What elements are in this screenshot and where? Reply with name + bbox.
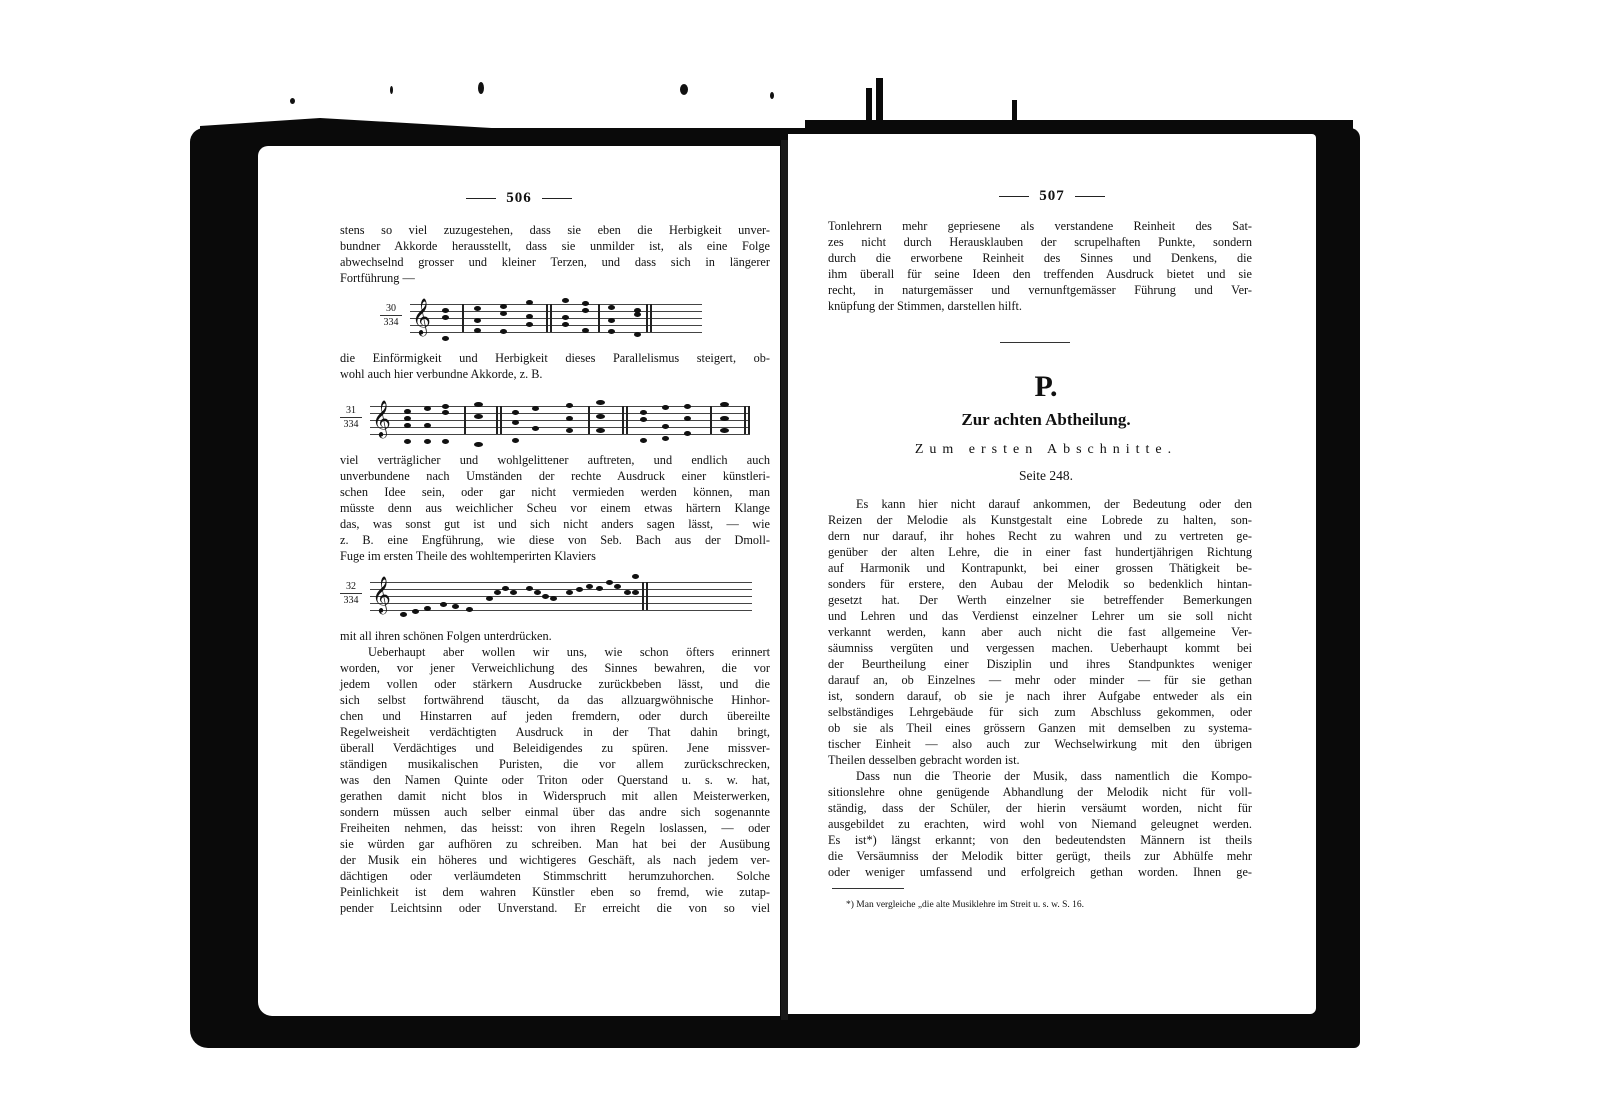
text-line: Fortführung — xyxy=(340,270,770,286)
text-line: z. B. eine Engführung, wie diese von Seb… xyxy=(340,532,770,548)
text-line: gesetzt hat. Der Werth einzelner sie bet… xyxy=(828,592,1252,608)
text-line: Freiheiten nehmen, das heisst: von ihren… xyxy=(340,820,770,836)
text-line: Regelweisheit verdächtigten Ausdruck in … xyxy=(340,724,770,740)
scan-artifact xyxy=(478,82,484,94)
text-line: das, was sonst gut ist und sich nicht an… xyxy=(340,516,770,532)
left-paragraph-2: die Einförmigkeit und Herbigkeit dieses … xyxy=(340,350,770,382)
music-example-31: 31 334 𝄞 xyxy=(340,400,750,444)
left-paragraph-4: mit all ihren schönen Folgen unterdrücke… xyxy=(340,628,770,916)
text-line: Peinlichkeit ist dem wahren Künstler ebe… xyxy=(340,884,770,900)
text-line: viel verträglicher und wohlgelittener au… xyxy=(340,452,770,468)
text-line: ist, sondern darauf, ob sie je nach ihre… xyxy=(828,688,1252,704)
scan-artifact xyxy=(390,86,393,94)
text-line: überall Verdächtiges und Beleidigendes z… xyxy=(340,740,770,756)
text-line: mit all ihren schönen Folgen unterdrücke… xyxy=(340,628,770,644)
scan-artifact xyxy=(680,84,688,95)
text-line: unverbundene nach Umständen der rechte A… xyxy=(340,468,770,484)
scan-artifact xyxy=(770,92,774,99)
music-example-32: 32 334 𝄞 xyxy=(340,576,752,620)
text-line: dächtigen oder verläumdeten Stimmschritt… xyxy=(340,868,770,884)
text-line: Dass nun die Theorie der Musik, dass nam… xyxy=(828,768,1252,784)
text-line: ausgebildet zu erachten, wird wohl von N… xyxy=(828,816,1252,832)
text-line: ständigen musikalischen Puristen, die vo… xyxy=(340,756,770,772)
left-paragraph-1: stens so viel zuzugestehen, dass sie ebe… xyxy=(340,222,770,286)
text-line: Es kann hier nicht darauf ankommen, der … xyxy=(828,496,1252,512)
text-line: und Lehren und das Verdienst einzelner L… xyxy=(828,608,1252,624)
text-line: abwechselnd grosser und kleiner Terzen, … xyxy=(340,254,770,270)
music-staff: 𝄞 xyxy=(370,406,750,434)
example-label: 32 334 xyxy=(340,580,362,607)
text-line: Tonlehrern mehr gepriesene als verstande… xyxy=(828,218,1252,234)
right-page: 507 Tonlehrern mehr gepriesene als verst… xyxy=(788,134,1316,1014)
text-line: ob sie als Theil eines grössern Ganzen m… xyxy=(828,720,1252,736)
text-line: tischer Einheit — also auch zur Wechselw… xyxy=(828,736,1252,752)
text-line: die Einförmigkeit und Herbigkeit dieses … xyxy=(340,350,770,366)
text-line: auf Harmonik und Kontrapunkt, bei einer … xyxy=(828,560,1252,576)
text-line: sitionslehre ohne genügende Abhandlung d… xyxy=(828,784,1252,800)
text-line: knüpfung der Stimmen, darstellen hilft. xyxy=(828,298,1252,314)
right-paragraph-2: Es kann hier nicht darauf ankommen, der … xyxy=(828,496,1252,768)
text-line: oder weniger umfassend und erfolgreich g… xyxy=(828,864,1252,880)
text-line: bundner Akkorde herausstellt, dass sie u… xyxy=(340,238,770,254)
text-line: verkannt werden, kann aber auch nicht di… xyxy=(828,624,1252,640)
left-page-number: 506 xyxy=(258,190,780,207)
section-subtitle: Zum ersten Abschnitte. xyxy=(782,442,1310,458)
right-paragraph-1: Tonlehrern mehr gepriesene als verstande… xyxy=(828,218,1252,314)
footnote: *) Man vergleiche „die alte Musiklehre i… xyxy=(846,900,1084,910)
text-line: ihm überall für seine Ideen den treffend… xyxy=(828,266,1252,282)
text-line: Fuge im ersten Theile des wohltemperirte… xyxy=(340,548,770,564)
text-line: zes nicht durch Herausklauben der scrupe… xyxy=(828,234,1252,250)
text-line: darauf an, ob Einzelnes — mehr oder mind… xyxy=(828,672,1252,688)
text-line: recht, in naturgemässer und vernunftgemä… xyxy=(828,282,1252,298)
text-line: jedem vollen oder stärkern Ausdrucke zur… xyxy=(340,676,770,692)
right-paragraph-3: Dass nun die Theorie der Musik, dass nam… xyxy=(828,768,1252,880)
text-line: worden, vor jener Verweichlichung des Si… xyxy=(340,660,770,676)
section-letter: P. xyxy=(782,370,1310,404)
section-page-reference: Seite 248. xyxy=(782,468,1310,484)
text-line: säumniss vergüten und vergessen machen. … xyxy=(828,640,1252,656)
footnote-rule xyxy=(832,888,904,889)
book-gutter xyxy=(781,140,788,1020)
text-line: stens so viel zuzugestehen, dass sie ebe… xyxy=(340,222,770,238)
text-line: dern nur darauf, ihr hohes Recht zu wahr… xyxy=(828,528,1252,544)
text-line: chen und Hinstarren auf jeden fremdern, … xyxy=(340,708,770,724)
scan-artifact xyxy=(290,98,295,104)
left-page: 506 stens so viel zuzugestehen, dass sie… xyxy=(258,146,780,1016)
scan-artifact xyxy=(1012,100,1017,130)
treble-clef-icon: 𝄞 xyxy=(372,398,391,438)
example-label: 31 334 xyxy=(340,404,362,431)
text-line: wohl auch hier verbundne Akkorde, z. B. xyxy=(340,366,770,382)
music-staff: 𝄞 xyxy=(370,582,752,610)
text-line: müsste denn aus weichlicher Scheu vor ei… xyxy=(340,500,770,516)
text-line: schen Idee sein, oder gar nicht vermiede… xyxy=(340,484,770,500)
section-title: Zur achten Abtheilung. xyxy=(782,410,1310,430)
music-example-30: 30 334 𝄞 xyxy=(380,298,702,342)
music-staff: 𝄞 xyxy=(410,304,702,332)
treble-clef-icon: 𝄞 xyxy=(412,296,431,336)
text-line: gerathen damit nicht blos in Widerspruch… xyxy=(340,788,770,804)
text-line: genüber der alten Lehre, die in einer fa… xyxy=(828,544,1252,560)
text-line: Reizen der Melodie als Kunstgestalt eine… xyxy=(828,512,1252,528)
scan-artifact xyxy=(866,88,872,138)
text-line: Ueberhaupt aber wollen wir uns, wie scho… xyxy=(340,644,770,660)
text-line: Theilen desselben gebracht worden ist. xyxy=(828,752,1252,768)
text-line: die Versäumniss der Melodik bitter gerüg… xyxy=(828,848,1252,864)
treble-clef-icon: 𝄞 xyxy=(372,574,391,614)
example-label: 30 334 xyxy=(380,302,402,329)
text-line: ständig, dass der Schüler, der hierin ve… xyxy=(828,800,1252,816)
text-line: sondern müssen auch selber einmal über d… xyxy=(340,804,770,820)
text-line: pender Leichtsinn oder Unverstand. Er er… xyxy=(340,900,770,916)
text-line: durch die erworbene Reinheit des Sinnes … xyxy=(828,250,1252,266)
text-line: der Beurtheilung einer Disziplin und ihr… xyxy=(828,656,1252,672)
text-line: sonders für erstere, den Aubau der Melod… xyxy=(828,576,1252,592)
text-line: sie würden gar aufhören zu schreiben. Ma… xyxy=(340,836,770,852)
scan-artifact xyxy=(876,78,883,138)
right-page-number: 507 xyxy=(788,188,1316,205)
left-paragraph-3: viel verträglicher und wohlgelittener au… xyxy=(340,452,770,564)
text-line: was den Namen Quinte oder Triton oder Qu… xyxy=(340,772,770,788)
section-divider xyxy=(1000,342,1070,343)
text-line: Es ist*) längst erkannt; von den bedeute… xyxy=(828,832,1252,848)
text-line: der Musik ein höheres und wichtigeres Ge… xyxy=(340,852,770,868)
text-line: selbständiges Lehrgebäude für sich zum A… xyxy=(828,704,1252,720)
text-line: sich selbst fortwährend täuscht, da das … xyxy=(340,692,770,708)
